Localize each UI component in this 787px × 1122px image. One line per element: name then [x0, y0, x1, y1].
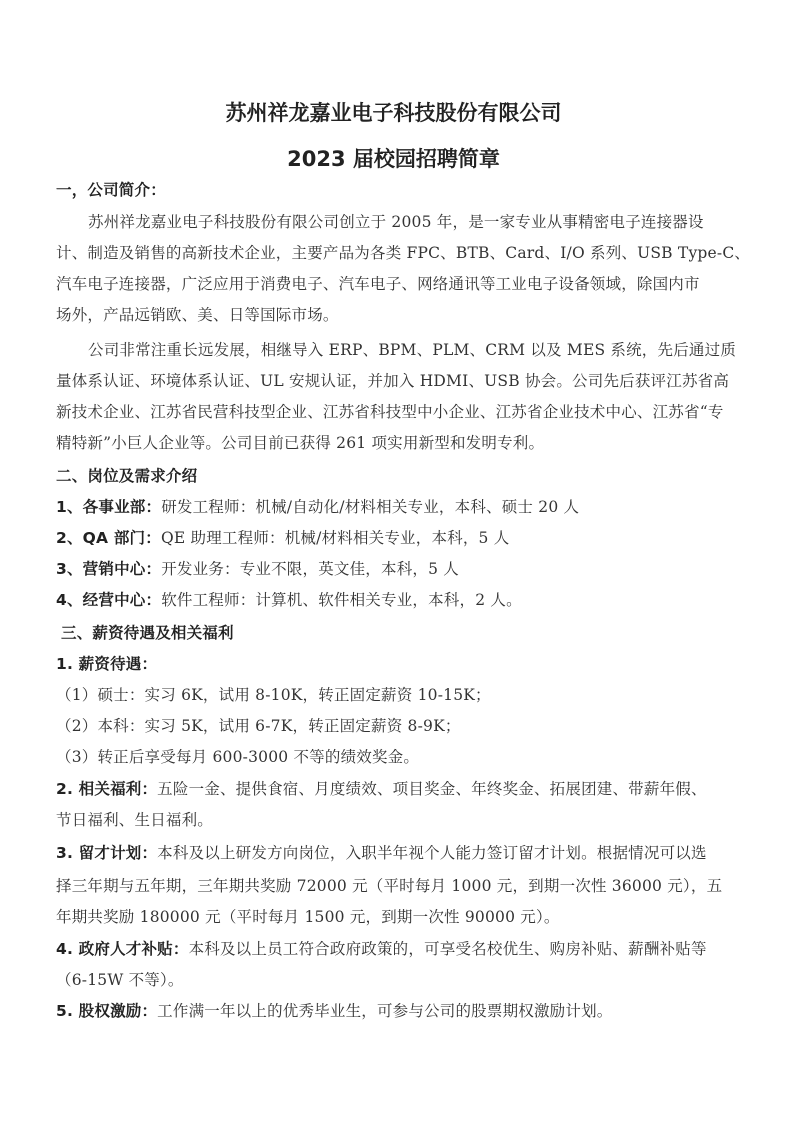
intro-p1-line: 计、制造及销售的高新技术企业，主要产品为各类 FPC、BTB、Card、I/O …	[56, 243, 736, 263]
subsidy-text: 本科及以上员工符合政府政策的，可享受名校优生、购房补贴、薪酬补贴等	[189, 940, 707, 958]
position-desc: 开发业务：专业不限，英文佳，本科，5 人	[161, 560, 459, 578]
benefits-line: 2. 相关福利：五险一金、提供食宿、月度绩效、项目奖金、年终奖金、拓展团建、带薪…	[56, 779, 736, 799]
intro-p2-line: 新技术企业、江苏省民营科技型企业、江苏省科技型中小企业、江苏省企业技术中心、江苏…	[56, 402, 736, 422]
document-page: 苏州祥龙嘉业电子科技股份有限公司 2023 届校园招聘简章 一，公司简介： 苏州…	[0, 0, 787, 1122]
position-desc: QE 助理工程师：机械/材料相关专业，本科，5 人	[161, 529, 509, 547]
position-item: 4、经营中心：软件工程师：计算机、软件相关专业，本科，2 人。	[56, 590, 736, 610]
benefits-text: 五险一金、提供食宿、月度绩效、项目奖金、年终奖金、拓展团建、带薪年假、	[157, 780, 707, 798]
company-title: 苏州祥龙嘉业电子科技股份有限公司	[0, 97, 787, 127]
intro-p1-line: 汽车电子连接器，广泛应用于消费电子、汽车电子、网络通讯等工业电子设备领域，除国内…	[56, 274, 736, 294]
position-dept: 1、各事业部：	[56, 498, 161, 516]
position-item: 2、QA 部门：QE 助理工程师：机械/材料相关专业，本科，5 人	[56, 528, 736, 548]
position-desc: 软件工程师：计算机、软件相关专业，本科，2 人。	[161, 591, 522, 609]
retention-line: 3. 留才计划：本科及以上研发方向岗位，入职半年视个人能力签订留才计划。根据情况…	[56, 843, 736, 863]
intro-p1-line: 场外，产品远销欧、美、日等国际市场。	[56, 305, 736, 325]
position-item: 1、各事业部：研发工程师：机械/自动化/材料相关专业，本科、硕士 20 人	[56, 497, 736, 517]
position-desc: 研发工程师：机械/自动化/材料相关专业，本科、硕士 20 人	[161, 498, 579, 516]
retention-label: 3. 留才计划：	[56, 844, 157, 862]
retention-line: 年期共奖励 180000 元（平时每月 1500 元，到期一次性 90000 元…	[56, 907, 736, 927]
subsidy-line: （6-15W 不等）。	[56, 970, 736, 990]
section-heading-company-intro: 一，公司简介：	[56, 180, 736, 200]
salary-line: （1）硕士：实习 6K，试用 8-10K，转正固定薪资 10-15K；	[56, 685, 736, 705]
position-dept: 2、QA 部门：	[56, 529, 161, 547]
retention-text: 本科及以上研发方向岗位，入职半年视个人能力签订留才计划。根据情况可以选	[157, 844, 707, 862]
position-item: 3、营销中心：开发业务：专业不限，英文佳，本科，5 人	[56, 559, 736, 579]
intro-p1-line: 苏州祥龙嘉业电子科技股份有限公司创立于 2005 年，是一家专业从事精密电子连接…	[88, 212, 736, 232]
intro-p2-line: 公司非常注重长远发展，相继导入 ERP、BPM、PLM、CRM 以及 MES 系…	[88, 340, 736, 360]
benefits-line: 节日福利、生日福利。	[56, 810, 736, 830]
benefits-label: 2. 相关福利：	[56, 780, 157, 798]
position-dept: 4、经营中心：	[56, 591, 161, 609]
subsidy-label: 4. 政府人才补贴：	[56, 940, 189, 958]
retention-line: 择三年期与五年期，三年期共奖励 72000 元（平时每月 1000 元，到期一次…	[56, 876, 736, 896]
equity-label: 5. 股权激励：	[56, 1002, 157, 1020]
recruitment-title: 2023 届校园招聘简章	[0, 143, 787, 173]
salary-label: 1. 薪资待遇：	[56, 654, 736, 674]
equity-line: 5. 股权激励：工作满一年以上的优秀毕业生，可参与公司的股票期权激励计划。	[56, 1001, 736, 1021]
position-dept: 3、营销中心：	[56, 560, 161, 578]
intro-p2-line: 精特新”小巨人企业等。公司目前已获得 261 项实用新型和发明专利。	[56, 433, 736, 453]
intro-p2-line: 量体系认证、环境体系认证、UL 安规认证，并加入 HDMI、USB 协会。公司先…	[56, 371, 736, 391]
equity-text: 工作满一年以上的优秀毕业生，可参与公司的股票期权激励计划。	[157, 1002, 612, 1020]
salary-line: （3）转正后享受每月 600-3000 不等的绩效奖金。	[56, 747, 736, 767]
section-heading-salary-benefits: 三、薪资待遇及相关福利	[61, 623, 741, 643]
salary-line: （2）本科：实习 5K，试用 6-7K，转正固定薪资 8-9K；	[56, 716, 736, 736]
subsidy-line: 4. 政府人才补贴：本科及以上员工符合政府政策的，可享受名校优生、购房补贴、薪酬…	[56, 939, 736, 959]
section-heading-positions: 二、岗位及需求介绍	[56, 466, 736, 486]
